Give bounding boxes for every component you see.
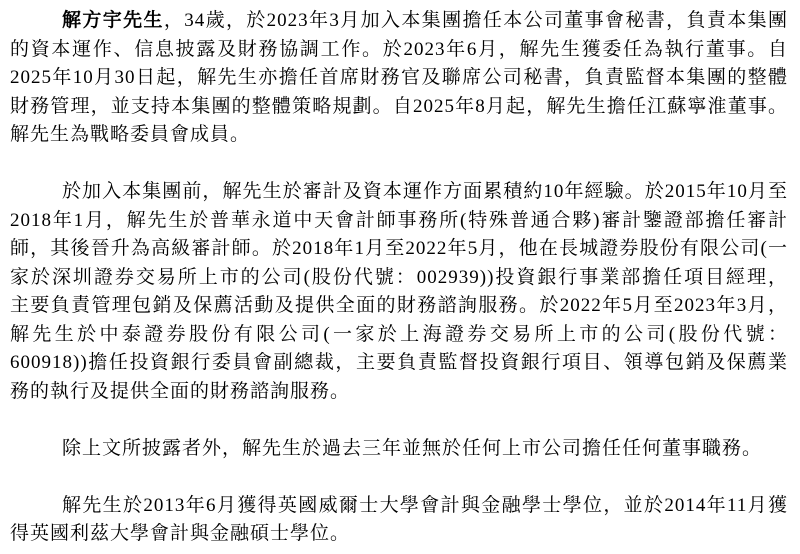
- text-line-rest: ，34歲，於2023年3月加入本集團擔任本公司董事會秘書，負責本集團: [164, 10, 788, 31]
- text-line: 的資本運作、信息披露及財務協調工作。於2023年6月，解先生獲委任為執行董事。自: [10, 36, 788, 65]
- text-line: 師，其後晉升為高級審計師。於2018年1月至2022年5月，他在長城證券股份有限…: [10, 235, 788, 264]
- text-line: 除上文所披露者外，解先生於過去三年並無於任何上市公司擔任任何董事職務。: [10, 435, 788, 464]
- text-line: 解先生為戰略委員會成員。: [10, 121, 788, 150]
- person-name: 解方宇先生: [62, 10, 164, 31]
- text-line: 解方宇先生，34歲，於2023年3月加入本集團擔任本公司董事會秘書，負責本集團: [10, 7, 788, 36]
- text-line: 主要負責管理包銷及保薦活動及提供全面的財務諮詢服務。於2022年5月至2023年…: [10, 292, 788, 321]
- paragraph-education: 解先生於2013年6月獲得英國威爾士大學會計與金融學士學位，並於2014年11月…: [10, 492, 788, 549]
- text-line: 解先生於2013年6月獲得英國威爾士大學會計與金融學士學位，並於2014年11月…: [10, 492, 788, 521]
- text-line: 2025年10月30日起，解先生亦擔任首席財務官及聯席公司秘書，負責監督本集團的…: [10, 64, 788, 93]
- text-line: 務的執行及提供全面的財務諮詢服務。: [10, 378, 788, 407]
- text-line: 600918))擔任投資銀行委員會副總裁，主要負責監督投資銀行項目、領導包銷及保…: [10, 349, 788, 378]
- document-page: 解方宇先生，34歲，於2023年3月加入本集團擔任本公司董事會秘書，負責本集團 …: [0, 0, 800, 554]
- paragraph-directorship-disclosure: 除上文所披露者外，解先生於過去三年並無於任何上市公司擔任任何董事職務。: [10, 435, 788, 464]
- paragraph-experience: 於加入本集團前，解先生於審計及資本運作方面累積約10年經驗。於2015年10月至…: [10, 178, 788, 406]
- text-line: 得英國利茲大學會計與金融碩士學位。: [10, 520, 788, 549]
- text-line: 解先生於中泰證券股份有限公司(一家於上海證券交易所上市的公司(股份代號：: [10, 321, 788, 350]
- paragraph-bio-intro: 解方宇先生，34歲，於2023年3月加入本集團擔任本公司董事會秘書，負責本集團 …: [10, 7, 788, 150]
- text-line: 2018年1月，解先生於普華永道中天會計師事務所(特殊普通合夥)審計鑒證部擔任審…: [10, 207, 788, 236]
- text-line: 財務管理，並支持本集團的整體策略規劃。自2025年8月起，解先生擔任江蘇寧淮董事…: [10, 93, 788, 122]
- text-line: 家於深圳證券交易所上市的公司(股份代號：002939))投資銀行事業部擔任項目經…: [10, 264, 788, 293]
- text-line: 於加入本集團前，解先生於審計及資本運作方面累積約10年經驗。於2015年10月至: [10, 178, 788, 207]
